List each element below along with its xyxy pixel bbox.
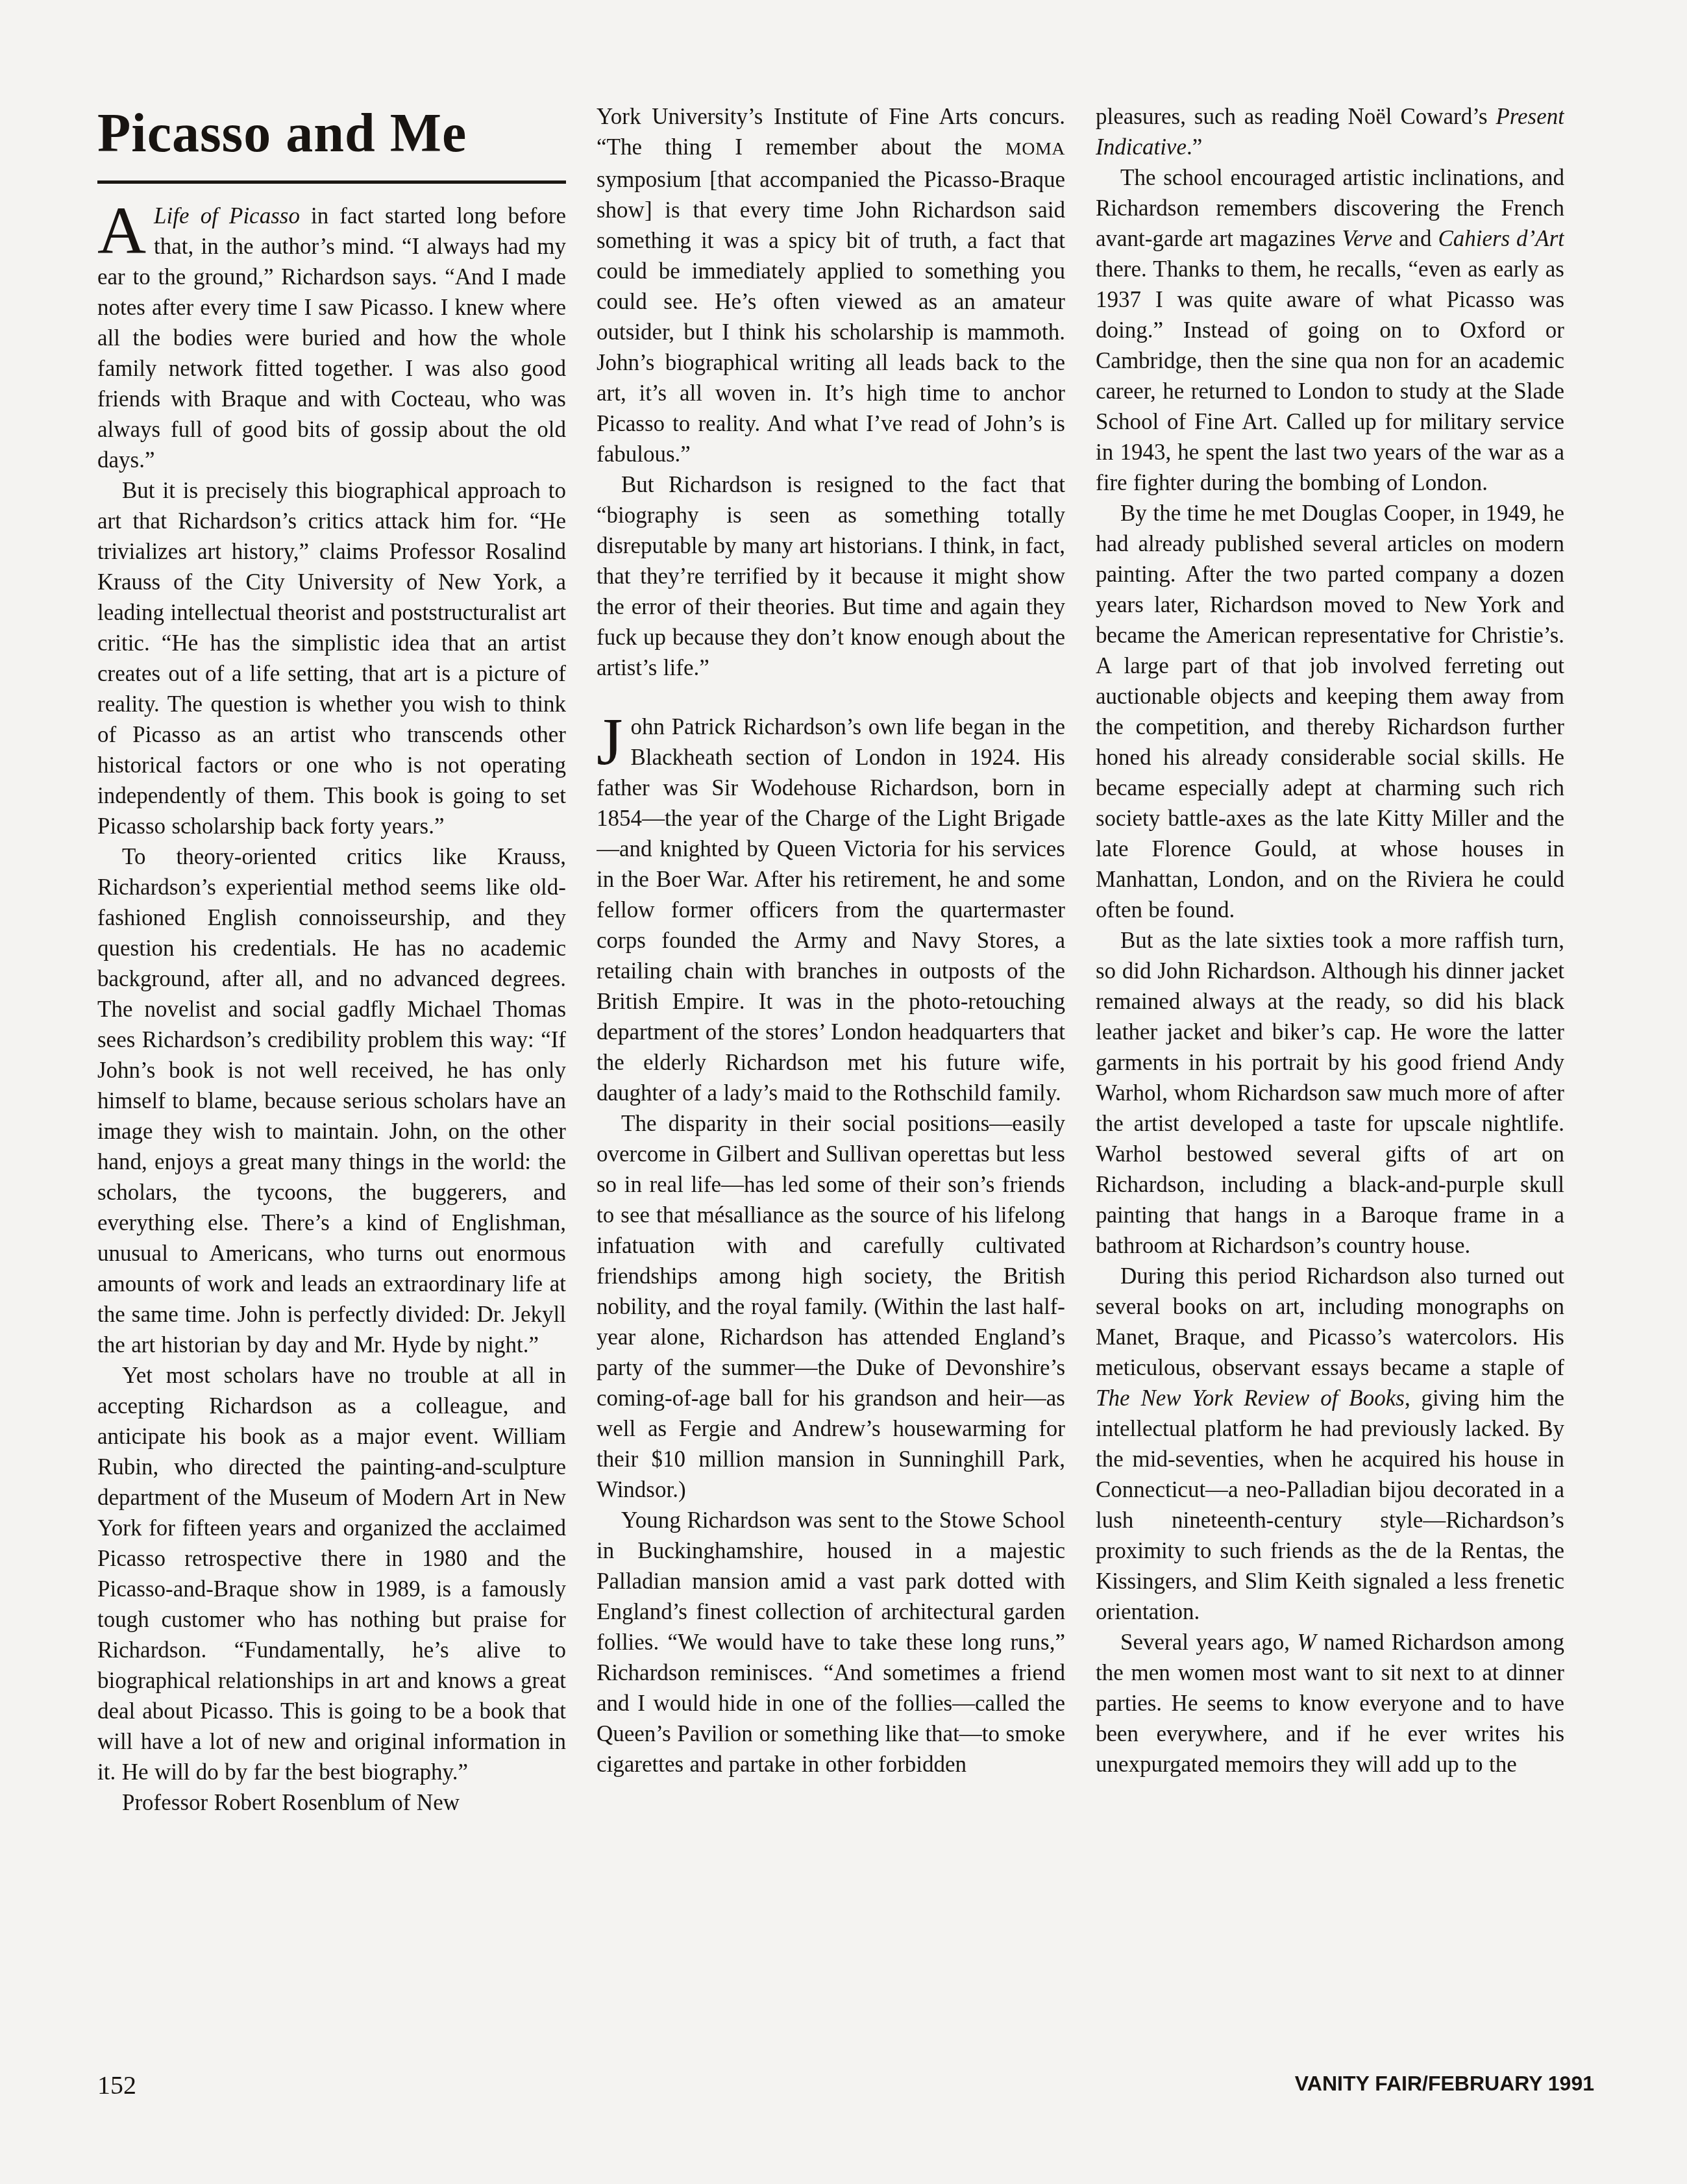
paragraph: To theory-oriented critics like Krauss, …: [97, 841, 566, 1360]
column-1-body: ALife of Picasso in fact started long be…: [97, 201, 566, 1818]
text-segment: ohn Patrick Richardson’s own life began …: [597, 714, 1065, 1106]
drop-cap-letter: J: [597, 712, 622, 773]
text-segment: there. Thanks to them, he recalls, “even…: [1096, 256, 1564, 495]
text-segment: Cahiers d’Art: [1438, 226, 1564, 251]
text-segment: To theory-oriented critics like Krauss, …: [97, 844, 566, 1358]
text-segment: in fact started long before that, in the…: [97, 203, 566, 473]
paragraph: But Richardson is resigned to the fact t…: [597, 469, 1065, 683]
text-segment: During this period Richardson also turne…: [1096, 1263, 1564, 1380]
column-3: pleasures, such as reading Noël Coward’s…: [1096, 101, 1564, 2055]
page-number: 152: [97, 2072, 136, 2098]
paragraph: But it is precisely this biographical ap…: [97, 475, 566, 841]
column-3-body: pleasures, such as reading Noël Coward’s…: [1096, 101, 1564, 1780]
paragraph: York University’s Institute of Fine Arts…: [597, 101, 1065, 469]
drop-cap-paragraph: ALife of Picasso in fact started long be…: [97, 201, 566, 475]
paragraph: pleasures, such as reading Noël Coward’s…: [1096, 101, 1564, 162]
text-segment: York University’s Institute of Fine Arts…: [597, 104, 1065, 160]
column-1: Picasso and Me ALife of Picasso in fact …: [97, 101, 566, 2055]
text-segment: Professor Robert Rosenblum of New: [122, 1790, 460, 1815]
text-segment: pleasures, such as reading Noël Coward’s: [1096, 104, 1496, 129]
text-segment: , giving him the intellectual platform h…: [1096, 1385, 1564, 1624]
text-segment: The New York Review of Books: [1096, 1385, 1405, 1411]
text-segment: Yet most scholars have no trouble at all…: [97, 1363, 566, 1785]
paragraph: Professor Robert Rosenblum of New: [97, 1787, 566, 1818]
text-segment: MOMA: [1005, 139, 1065, 159]
column-2-body: York University’s Institute of Fine Arts…: [597, 101, 1065, 1780]
text-segment: By the time he met Douglas Cooper, in 19…: [1096, 501, 1564, 923]
column-2: York University’s Institute of Fine Arts…: [597, 101, 1065, 2055]
magazine-footer-credit: VANITY FAIR/FEBRUARY 1991: [1295, 2072, 1594, 2094]
text-segment: Several years ago,: [1120, 1630, 1297, 1655]
text-segment: and: [1392, 226, 1438, 251]
text-segment: But as the late sixties took a more raff…: [1096, 928, 1564, 1258]
drop-cap-paragraph: John Patrick Richardson’s own life began…: [597, 712, 1065, 1108]
text-segment: Life of Picasso: [154, 203, 300, 229]
text-segment: Verve: [1342, 226, 1392, 251]
paragraph: Young Richardson was sent to the Stowe S…: [597, 1505, 1065, 1780]
text-segment: .”: [1187, 134, 1202, 160]
paragraph: The disparity in their social positions—…: [597, 1108, 1065, 1505]
paragraph: But as the late sixties took a more raff…: [1096, 925, 1564, 1261]
text-segment: Young Richardson was sent to the Stowe S…: [597, 1508, 1065, 1777]
text-segment: But it is precisely this biographical ap…: [97, 478, 566, 839]
paragraph: During this period Richardson also turne…: [1096, 1261, 1564, 1627]
text-segment: W: [1297, 1630, 1316, 1655]
article-title: Picasso and Me: [97, 106, 566, 161]
title-rule: [97, 180, 566, 184]
text-segment: But Richardson is resigned to the fact t…: [597, 472, 1065, 680]
paragraph: The school encouraged artistic inclinati…: [1096, 162, 1564, 498]
text-segment: The disparity in their social positions—…: [597, 1111, 1065, 1502]
paragraph: Several years ago, W named Richardson am…: [1096, 1627, 1564, 1780]
paragraph: Yet most scholars have no trouble at all…: [97, 1360, 566, 1787]
text-segment: symposium [that accompanied the Picasso-…: [597, 167, 1065, 467]
magazine-page: Picasso and Me ALife of Picasso in fact …: [0, 0, 1687, 2184]
paragraph: By the time he met Douglas Cooper, in 19…: [1096, 498, 1564, 925]
drop-cap-letter: A: [97, 201, 146, 262]
